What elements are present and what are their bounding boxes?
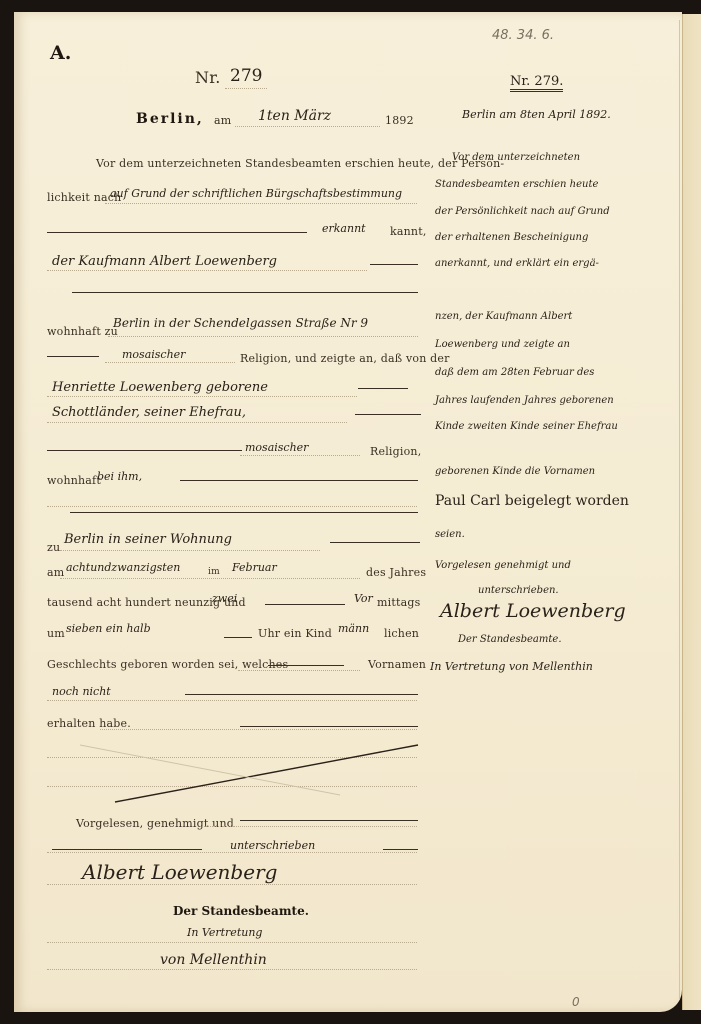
official-signature: von Mellenthin [160, 952, 267, 968]
page-number: 0 [572, 995, 580, 1009]
margin-record-number: Nr. 279. [510, 74, 563, 92]
hand-line-7: Henriette Loewenberg geborene [52, 380, 268, 395]
margin-line: der Persönlichkeit nach auf Grund [435, 206, 610, 217]
form-text-line-9: Religion, [370, 445, 421, 458]
hand-line-3: erkannt [322, 222, 366, 235]
date-value: 1ten März [258, 108, 331, 124]
form-text-line-14b: Uhr ein Kind [258, 627, 332, 640]
record-number-label: Nr. [195, 68, 221, 87]
hand-line-9: mosaischer [245, 441, 308, 454]
date-prefix: am [214, 114, 231, 127]
hand-line-6: mosaischer [122, 348, 185, 361]
hand-line-2: auf Grund der schriftlichen Bürgschaftsb… [110, 187, 402, 200]
record-number-value: 279 [230, 66, 262, 86]
hand-line-14b: männ [338, 622, 369, 635]
hand-line-11: Berlin in seiner Wohnung [64, 532, 232, 547]
form-text-line-13b: mittags [377, 596, 420, 609]
form-text-line-15b: Vornamen [368, 658, 426, 671]
margin-line: Jahres laufenden Jahres geborenen [435, 395, 614, 406]
margin-line: seien. [435, 529, 465, 540]
margin-line: geborenen Kinde die Vornamen [435, 466, 595, 477]
margin-date-line: Berlin am 8ten April 1892. [462, 108, 611, 121]
form-text-line-6: Religion, und zeigte an, daß von der [240, 352, 450, 365]
form-letter: A. [50, 42, 71, 64]
hand-line-12b: Februar [232, 561, 277, 574]
margin-line: daß dem am 28ten Februar des [435, 367, 594, 378]
margin-line: Paul Carl beigelegt worden [435, 493, 629, 509]
margin-line: unterschrieben. [478, 585, 559, 596]
margin-informant-signature: Albert Loewenberg [440, 600, 626, 622]
informant-signature: Albert Loewenberg [82, 860, 277, 884]
hand-line-10: bei ihm, [97, 470, 142, 483]
official-hand-1: In Vertretung [187, 926, 262, 939]
closing-print: Vorgelesen, genehmigt und [76, 817, 234, 830]
hand-line-16: noch nicht [52, 685, 111, 698]
margin-line: Vorgelesen genehmigt und [435, 560, 571, 571]
form-text-line-12b: im [208, 567, 220, 577]
form-text-line-14a: um [47, 627, 65, 640]
hand-line-4: der Kaufmann Albert Loewenberg [52, 254, 277, 269]
form-text-line-11: zu [47, 541, 60, 554]
margin-official-signature: In Vertretung von Mellenthin [430, 660, 593, 673]
closing-hand: unterschrieben [230, 839, 315, 852]
strike-through-line [40, 740, 430, 810]
hand-line-12a: achtundzwanzigsten [66, 561, 180, 574]
form-text-line-10: wohnhaft [47, 474, 101, 487]
hand-line-8: Schottländer, seiner Ehefrau, [52, 405, 246, 420]
margin-line: anerkannt, und erklärt ein ergä- [435, 258, 599, 269]
place-label: Berlin, [136, 111, 204, 127]
form-text-line-3: kannt, [390, 225, 427, 238]
official-title: Der Standesbeamte. [173, 904, 309, 918]
margin-line: Vor dem unterzeichneten [452, 152, 580, 163]
form-text-line-14c: lichen [384, 627, 419, 640]
hand-line-13: zwei [212, 592, 237, 605]
hand-line-14: sieben ein halb [66, 622, 151, 635]
adjacent-page-edge [682, 14, 701, 1010]
page-fold-line [679, 20, 680, 1000]
year: 1892 [385, 114, 414, 127]
hand-line-13b: Vor [354, 592, 373, 605]
margin-line: der erhaltenen Bescheinigung [435, 232, 588, 243]
margin-line: Loewenberg und zeigte an [435, 339, 570, 350]
margin-line: Kinde zweiten Kinde seiner Ehefrau [435, 421, 618, 432]
margin-line: Standesbeamten erschien heute [435, 179, 598, 190]
margin-line: nzen, der Kaufmann Albert [435, 311, 572, 322]
margin-official-title: Der Standesbeamte. [458, 634, 562, 645]
form-text-line-12c: des Jahres [366, 566, 426, 579]
hand-line-5: Berlin in der Schendelgassen Straße Nr 9 [113, 316, 368, 330]
archive-reference: 48. 34. 6. [492, 28, 554, 43]
form-text-line-1: Vor dem unterzeichneten Standesbeamten e… [96, 157, 504, 170]
